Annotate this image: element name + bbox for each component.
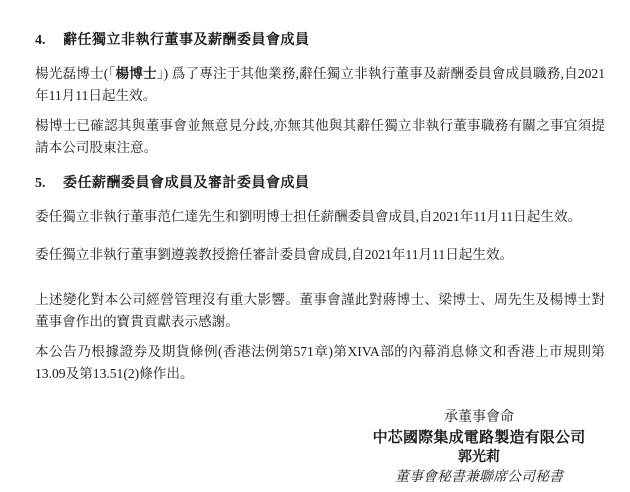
- section-4-heading: 4. 辭任獨立非執行董事及薪酬委員會成員: [35, 30, 605, 52]
- section-5-paragraph-remuneration-appointment: 委任獨立非執行董事范仁達先生和劉明博士担任薪酬委員會成員,自2021年11月11…: [35, 206, 605, 228]
- signature-by-order-of-board: 承董事會命: [353, 408, 605, 428]
- closing-paragraph-regulatory: 本公告乃根據證券及期貨條例(香港法例第571章)第XIVA部的內幕消息條文和香港…: [35, 341, 605, 385]
- section-4-paragraph-resignation: 楊光磊博士(「楊博士」) 爲了專注于其他業務,辭任獨立非執行董事及薪酬委員會成員…: [35, 63, 605, 107]
- section-5-title: 委任薪酬委員會成員及審計委員會成員: [63, 173, 310, 195]
- signature-company-name: 中芯國際集成電路製造有限公司: [353, 428, 605, 448]
- paragraph-text-prefix: 楊光磊博士(「: [35, 66, 115, 81]
- signature-secretary-title: 董事會秘書兼聯席公司秘書: [353, 468, 605, 488]
- signature-secretary-name: 郭光莉: [353, 448, 605, 468]
- section-4-title: 辭任獨立非執行董事及薪酬委員會成員: [63, 30, 310, 52]
- section-4-number: 4.: [35, 30, 63, 52]
- section-5-number: 5.: [35, 173, 63, 195]
- defined-term-yang-boshi: 楊博士: [115, 66, 156, 81]
- announcement-document: 4. 辭任獨立非執行董事及薪酬委員會成員 楊光磊博士(「楊博士」) 爲了專注于其…: [0, 0, 630, 492]
- section-5-paragraph-audit-appointment: 委任獨立非執行董事劉遵義教授擔任審計委員會成員,自2021年11月11日起生效。: [35, 244, 605, 266]
- section-4-paragraph-confirmation: 楊博士已確認其與董事會並無意見分歧,亦無其他與其辭任獨立非執行董事職務有關之事宜…: [35, 115, 605, 159]
- signature-block: 承董事會命 中芯國際集成電路製造有限公司 郭光莉 董事會秘書兼聯席公司秘書: [353, 408, 605, 488]
- closing-paragraph-impact: 上述變化對本公司經營管理沒有重大影響。董事會謹此對蔣博士、梁博士、周先生及楊博士…: [35, 289, 605, 333]
- section-5-heading: 5. 委任薪酬委員會成員及審計委員會成員: [35, 173, 605, 195]
